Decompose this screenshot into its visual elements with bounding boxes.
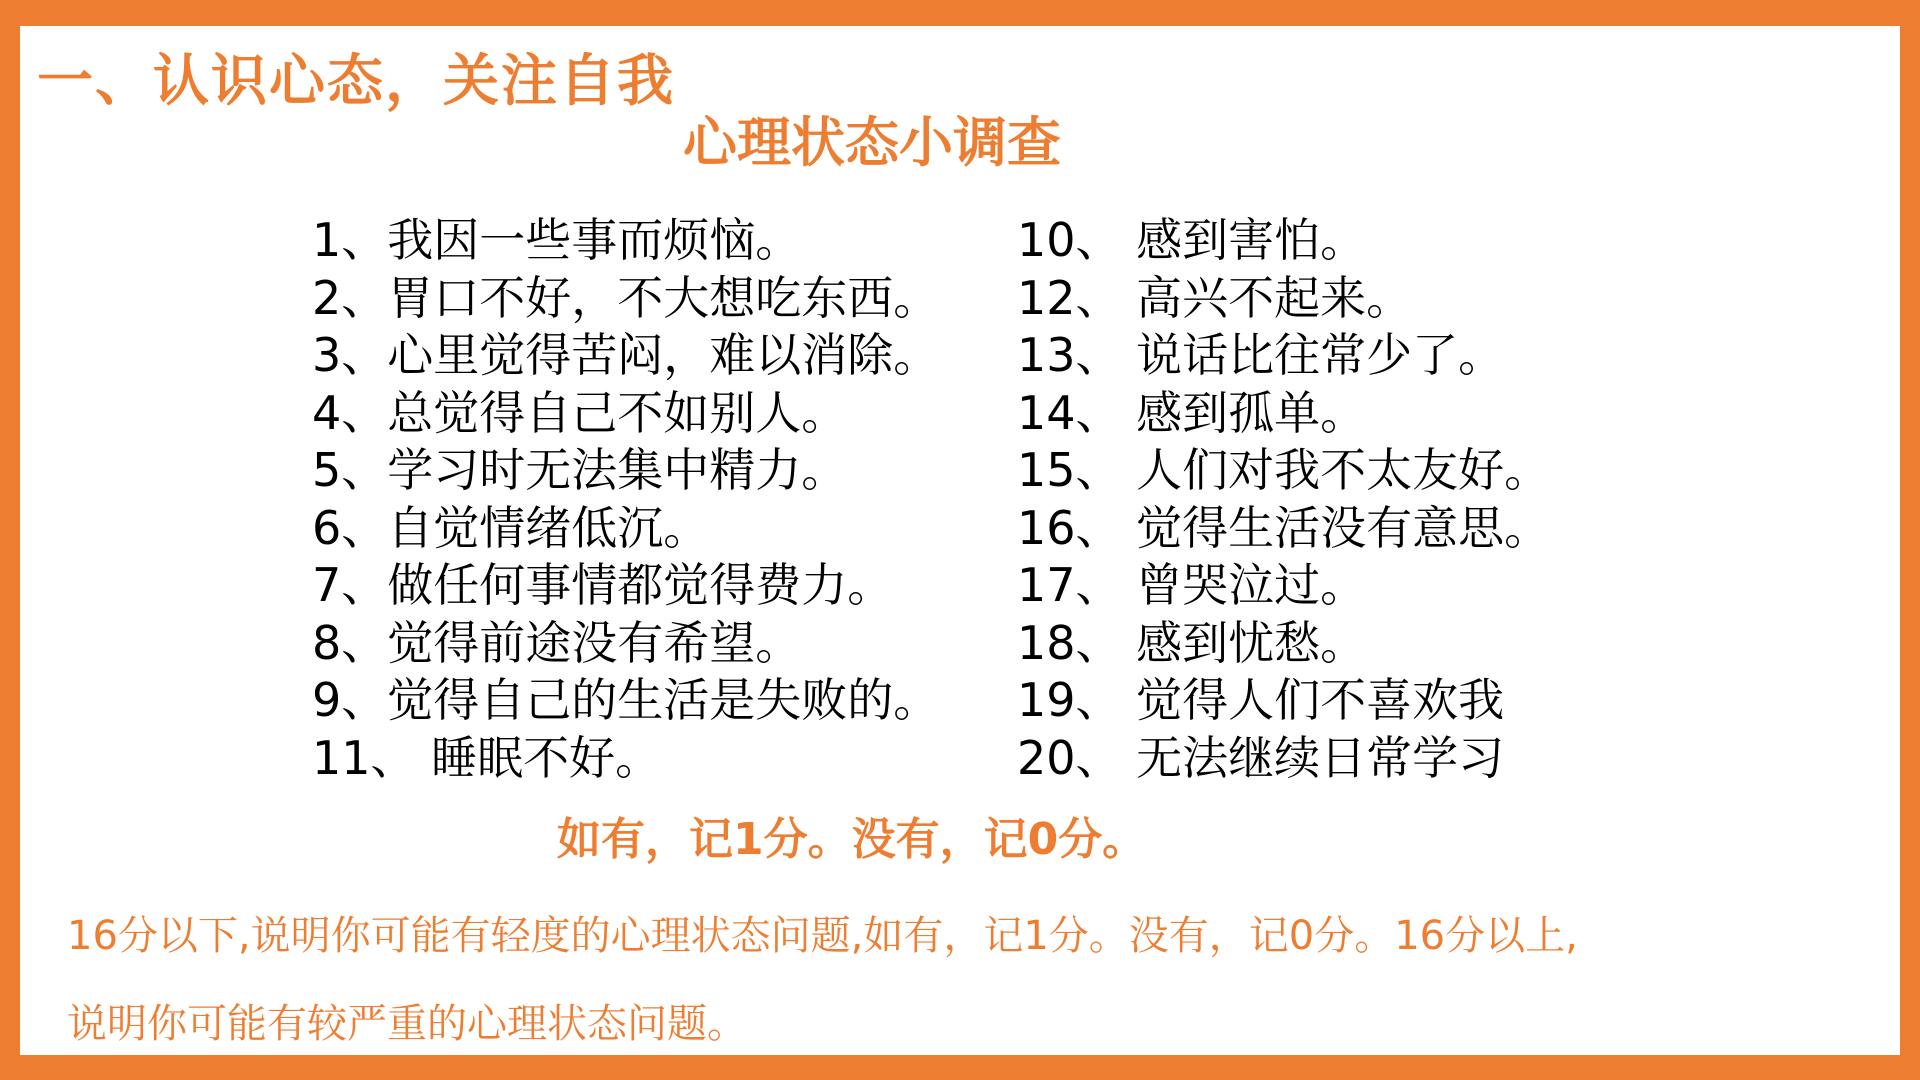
question-item: 14、 感到孤单。	[1017, 385, 1550, 443]
question-item: 2、胃口不好，不大想吃东西。	[312, 270, 939, 328]
question-text: 总觉得自己不如别人。	[387, 386, 847, 440]
question-number: 10、	[1017, 213, 1122, 267]
survey-title: 心理状态小调查	[683, 112, 1061, 174]
question-number: 19、	[1017, 673, 1122, 727]
question-item: 18、 感到忧愁。	[1017, 615, 1550, 673]
question-number: 16、	[1017, 501, 1122, 555]
question-text: 说话比往常少了。	[1122, 328, 1505, 382]
question-item: 17、 曾哭泣过。	[1017, 557, 1550, 615]
question-text: 睡眠不好。	[417, 731, 662, 785]
question-item: 4、总觉得自己不如别人。	[312, 385, 939, 443]
question-number: 20、	[1017, 731, 1122, 785]
question-item: 16、 觉得生活没有意思。	[1017, 500, 1550, 558]
interpretation-note: 16分以下,说明你可能有轻度的心理状态问题,如有，记1分。没有，记0分。16分以…	[67, 892, 1857, 1068]
question-text: 学习时无法集中精力。	[387, 443, 847, 497]
question-item: 19、 觉得人们不喜欢我	[1017, 672, 1550, 730]
question-list-right: 10、 感到害怕。 12、 高兴不起来。 13、 说话比往常少了。 14、 感到…	[1017, 212, 1550, 787]
question-number: 8、	[312, 616, 387, 670]
question-item: 5、学习时无法集中精力。	[312, 442, 939, 500]
question-item: 20、 无法继续日常学习	[1017, 730, 1550, 788]
question-number: 9、	[312, 673, 387, 727]
question-list-left: 1、我因一些事而烦恼。 2、胃口不好，不大想吃东西。 3、心里觉得苦闷，难以消除…	[312, 212, 939, 787]
question-text: 觉得前途没有希望。	[387, 616, 801, 670]
question-item: 6、自觉情绪低沉。	[312, 500, 939, 558]
question-text: 觉得生活没有意思。	[1122, 501, 1551, 555]
question-item: 3、心里觉得苦闷，难以消除。	[312, 327, 939, 385]
question-item: 9、觉得自己的生活是失败的。	[312, 672, 939, 730]
question-text: 感到孤单。	[1122, 386, 1367, 440]
question-number: 1、	[312, 213, 387, 267]
question-item: 7、做任何事情都觉得费力。	[312, 557, 939, 615]
question-item: 11、 睡眠不好。	[312, 730, 939, 788]
question-text: 无法继续日常学习	[1122, 731, 1505, 785]
question-text: 心里觉得苦闷，难以消除。	[387, 328, 939, 382]
question-text: 曾哭泣过。	[1122, 558, 1367, 612]
question-number: 12、	[1017, 271, 1122, 325]
question-text: 觉得自己的生活是失败的。	[387, 673, 939, 727]
question-number: 6、	[312, 501, 387, 555]
note-line: 16分以下,说明你可能有轻度的心理状态问题,如有，记1分。没有，记0分。16分以…	[67, 892, 1857, 980]
question-number: 7、	[312, 558, 387, 612]
question-text: 自觉情绪低沉。	[387, 501, 709, 555]
question-item: 10、 感到害怕。	[1017, 212, 1550, 270]
question-number: 17、	[1017, 558, 1122, 612]
question-text: 人们对我不太友好。	[1122, 443, 1551, 497]
note-line: 说明你可能有较严重的心理状态问题。	[67, 980, 1857, 1068]
question-item: 12、 高兴不起来。	[1017, 270, 1550, 328]
question-number: 3、	[312, 328, 387, 382]
question-number: 14、	[1017, 386, 1122, 440]
question-text: 胃口不好，不大想吃东西。	[387, 271, 939, 325]
question-number: 2、	[312, 271, 387, 325]
question-item: 15、 人们对我不太友好。	[1017, 442, 1550, 500]
slide: 一、认识心态，关注自我 心理状态小调查 1、我因一些事而烦恼。 2、胃口不好，不…	[20, 26, 1900, 1055]
question-number: 13、	[1017, 328, 1122, 382]
question-text: 感到害怕。	[1122, 213, 1367, 267]
question-number: 15、	[1017, 443, 1122, 497]
scoring-rule: 如有，记1分。没有，记0分。	[557, 812, 1146, 868]
question-item: 1、我因一些事而烦恼。	[312, 212, 939, 270]
section-heading: 一、认识心态，关注自我	[37, 50, 675, 114]
question-item: 13、 说话比往常少了。	[1017, 327, 1550, 385]
question-item: 8、觉得前途没有希望。	[312, 615, 939, 673]
question-number: 4、	[312, 386, 387, 440]
question-text: 高兴不起来。	[1122, 271, 1413, 325]
question-text: 感到忧愁。	[1122, 616, 1367, 670]
question-number: 11、	[312, 731, 417, 785]
question-text: 做任何事情都觉得费力。	[387, 558, 893, 612]
question-number: 5、	[312, 443, 387, 497]
question-text: 觉得人们不喜欢我	[1122, 673, 1505, 727]
question-text: 我因一些事而烦恼。	[387, 213, 801, 267]
question-number: 18、	[1017, 616, 1122, 670]
